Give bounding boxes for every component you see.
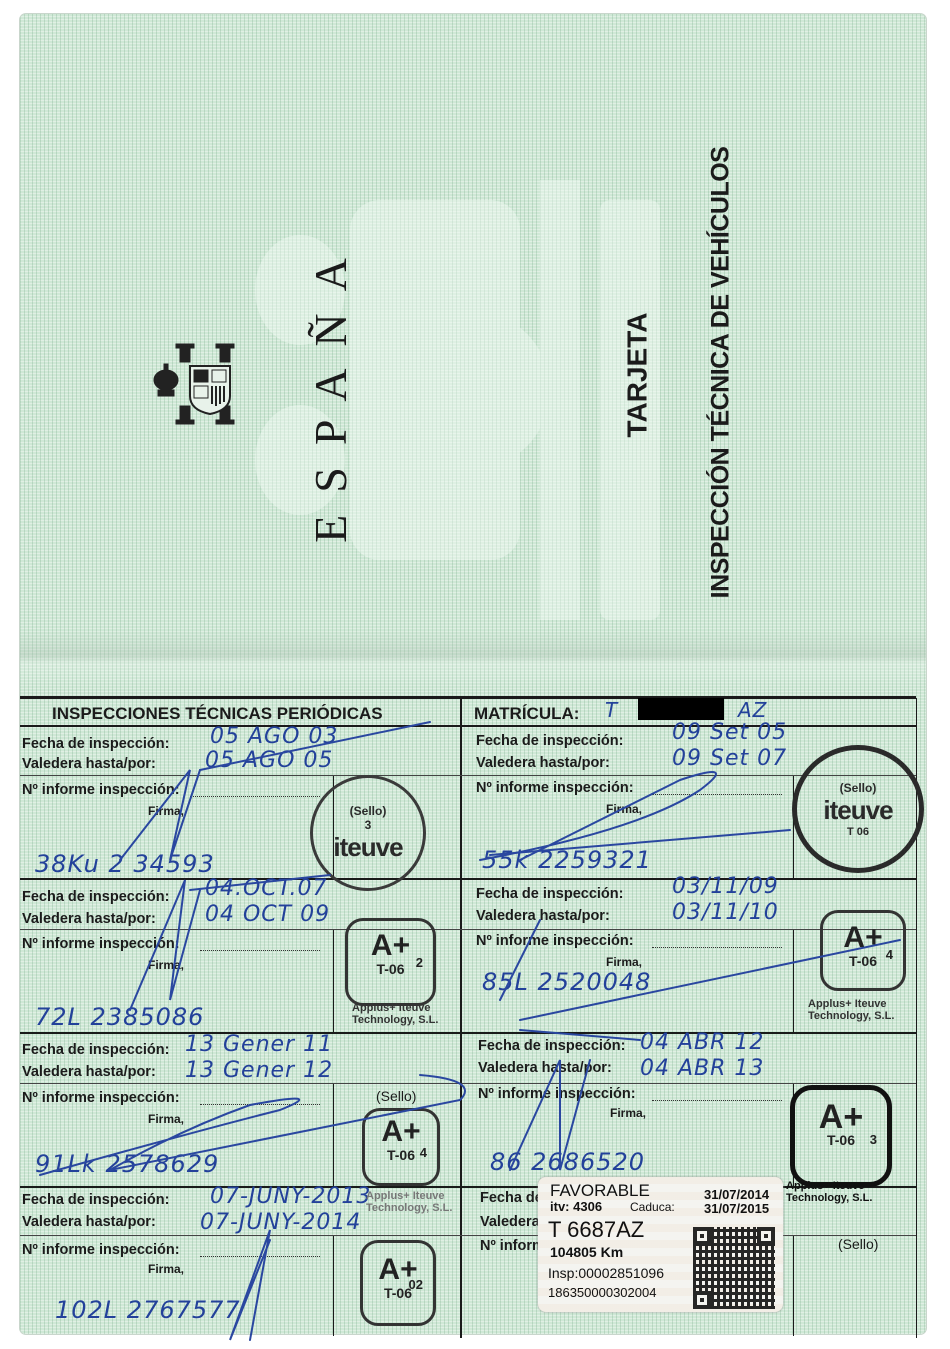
handwritten-signatures — [0, 0, 950, 1349]
